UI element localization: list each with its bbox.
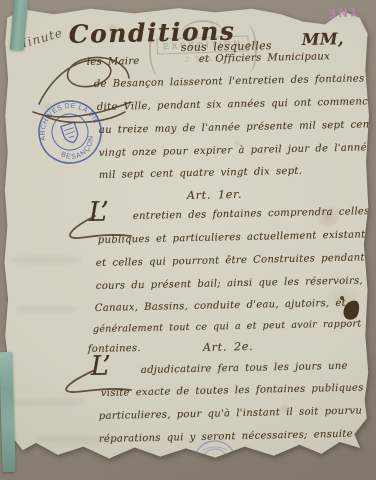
bleed-through-mark bbox=[11, 256, 81, 264]
title-mm: MM, bbox=[302, 31, 344, 48]
article1-line: entretien des fontaines comprendra celle… bbox=[133, 207, 370, 222]
svg-text:BESANÇON: BESANÇON bbox=[56, 133, 101, 165]
archival-code-label: 3N1 bbox=[328, 5, 360, 21]
line-officiers: et Officiers Municipaux bbox=[199, 52, 330, 65]
title-connector: sous lesquelles bbox=[181, 40, 272, 53]
opening-line: de Besançon laisseront l'entretien des f… bbox=[94, 74, 376, 90]
photo-backdrop: EXPÉDITION 2 SOLS Minute Conditions sous… bbox=[0, 0, 376, 480]
article2-line: adjudicataire fera tous les jours une bbox=[141, 362, 348, 376]
opening-line: mil sept cent quatre vingt dix sept. bbox=[99, 167, 302, 181]
article2-line: particulieres, pour qu'à l'instant il so… bbox=[99, 406, 376, 422]
article2-heading: Art. 2e. bbox=[203, 341, 254, 353]
opening-line: au treize may de l'année présente mil se… bbox=[99, 119, 376, 136]
manuscript-page: EXPÉDITION 2 SOLS Minute Conditions sous… bbox=[3, 6, 369, 464]
line-maire: les Maire bbox=[87, 57, 140, 68]
opening-line: dite Ville, pendant six années qui ont c… bbox=[97, 97, 376, 113]
opening-line: vingt onze pour expirer à pareil jour de… bbox=[99, 143, 373, 159]
article1-heading: Art. 1er. bbox=[187, 189, 243, 201]
article1-line: Canaux, Bassins, conduite d'eau, ajutoir… bbox=[95, 299, 346, 314]
bleed-through-mark bbox=[17, 306, 77, 313]
faded-round-stamp bbox=[191, 438, 239, 480]
bleed-through-mark bbox=[9, 398, 83, 406]
article1-line: et celles qui pourront être Construites … bbox=[96, 253, 376, 269]
archive-stamp-bottom-text: BESANÇON bbox=[56, 133, 101, 165]
stamp-shield-icon bbox=[61, 122, 80, 144]
bleed-through-mark bbox=[33, 436, 123, 443]
article2-initial: L’ bbox=[90, 353, 111, 380]
article1-line: publiques et particulieres actuellement … bbox=[98, 230, 376, 246]
article1-initial: L’ bbox=[88, 199, 109, 226]
ink-speck bbox=[340, 296, 344, 300]
article1-line: généralement tout ce qui a et peut avoir… bbox=[93, 318, 376, 334]
article2-line: visite exacte de toutes les fontaines pu… bbox=[101, 383, 376, 399]
article1-line: cours du présent bail; ainsi que les rés… bbox=[96, 276, 363, 292]
